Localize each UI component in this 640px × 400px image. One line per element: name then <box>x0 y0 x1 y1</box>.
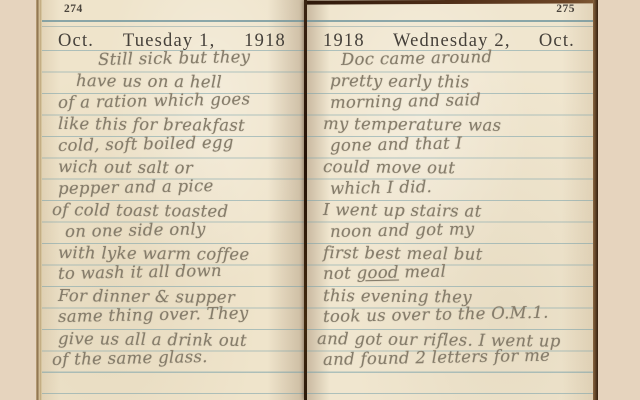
entry-line-underlined-word: not good meal <box>323 258 589 285</box>
entry-line: pepper and a pice <box>58 173 300 199</box>
entry-line: and found 2 letters for me <box>323 344 589 371</box>
page-number-row-left: 274 <box>42 0 304 19</box>
entry-line: gone and that I <box>330 130 589 156</box>
entry-text-underlined: good <box>356 263 399 283</box>
entry-line: morning and said <box>330 87 589 113</box>
diary-page-left: 274 Oct. Tuesday 1, 1918 Still sick but … <box>42 0 304 400</box>
entry-line: of the same glass. <box>52 344 300 370</box>
page-number-right: 275 <box>556 3 575 15</box>
diary-scan-photo: 274 Oct. Tuesday 1, 1918 Still sick but … <box>0 0 640 400</box>
entry-line: same thing over. They <box>58 302 300 328</box>
diary-page-right: 275 1918 Wednesday 2, Oct. Doc came arou… <box>307 0 593 400</box>
page-number-row-right: 275 <box>307 0 593 19</box>
entry-line: Still sick but they <box>98 45 300 70</box>
entry-line: to wash it all down <box>58 259 300 285</box>
entry-text-post: meal <box>399 262 447 282</box>
header-month-left: Oct. <box>58 31 94 52</box>
handwritten-entry-left: Still sick but they have us on a hell of… <box>52 51 300 373</box>
entry-text-pre: not <box>323 264 357 284</box>
page-number-left: 274 <box>64 3 83 15</box>
book-cover-right-edge <box>593 0 598 400</box>
entry-line: Doc came around <box>341 44 589 70</box>
entry-line: on one side only <box>65 216 300 242</box>
header-rule-left <box>42 20 304 27</box>
entry-line: took us over to the O.M.1. <box>323 301 589 328</box>
entry-line: which I did. <box>330 173 589 199</box>
entry-line: cold, soft boiled egg <box>58 130 300 156</box>
entry-line: of a ration which goes <box>58 87 300 113</box>
handwritten-entry-right: Doc came around pretty early this mornin… <box>317 51 589 373</box>
header-rule-right <box>307 20 593 27</box>
entry-line: noon and got my <box>330 216 589 242</box>
